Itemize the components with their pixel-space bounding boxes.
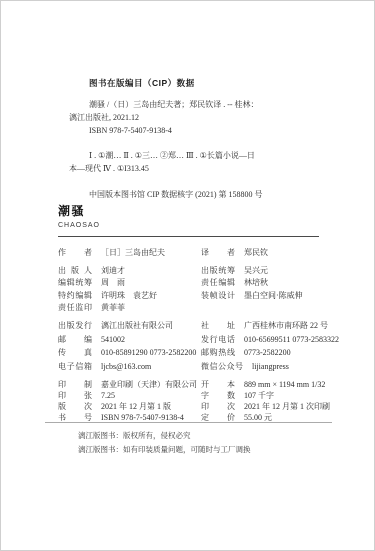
publisher-label: 邮编 — [58, 333, 92, 347]
credit-value: 墨白空间·陈威伸 — [244, 290, 303, 303]
credit-label: 出版统筹 — [201, 265, 235, 278]
credit-publisher-person: 出版人 刘迪才 — [58, 265, 201, 278]
credit-editorial-coordinator: 编辑统筹 周 雨 — [58, 277, 201, 290]
wechat-account-row: 微信公众号 lijiangpress — [201, 360, 358, 374]
credit-label: 装帧设计 — [201, 290, 235, 303]
word-count-row: 字数 107 千字 — [201, 390, 358, 401]
credit-value: 林培秋 — [244, 277, 268, 290]
publisher-name-row: 出版发行 漓江出版社有限公司 — [58, 319, 201, 333]
credit-design: 装帧设计 墨白空间·陈威伸 — [201, 290, 348, 303]
credit-publishing-coordinator: 出版统筹 吴兴元 — [201, 265, 348, 278]
publisher-value: 漓江出版社有限公司 — [101, 319, 173, 333]
publisher-label: 微信公众号 — [201, 360, 243, 374]
quality-exchange-notice: 漓江版图书：如有印装质量问题，可随时与工厂调换 — [78, 443, 338, 457]
cip-classification: Ⅰ . ①潮… Ⅱ . ①三… ②郑… Ⅲ . ①长篇小说—日 本—现代 Ⅳ .… — [69, 149, 321, 175]
cip-entry: 潮骚 /（日）三岛由纪夫著；郑民钦译 . -- 桂林： 漓江出版社, 2021.… — [69, 98, 321, 137]
sales-phone-row: 发行电话 010-65699511 0773-2583322 — [201, 333, 358, 347]
credit-value: 郑民钦 — [244, 247, 268, 260]
print-label: 开本 — [201, 379, 235, 390]
credits-rows: 出版人 刘迪才 出版统筹 吴兴元 编辑统筹 周 雨 责任编辑 林培秋 特约编辑 … — [58, 265, 348, 315]
cip-entry-line: 潮骚 /（日）三岛由纪夫著；郑民钦译 . -- 桂林： — [89, 98, 321, 111]
credit-label: 编辑统筹 — [58, 277, 92, 290]
credit-empty-cell — [201, 302, 348, 315]
edition-row: 版次 2021 年 12 月第 1 版 — [58, 401, 201, 412]
publisher-value: lijiangpress — [252, 360, 289, 374]
title-section: 潮骚 CHAOSAO — [58, 202, 319, 237]
publisher-value: 0773-2582200 — [244, 346, 291, 360]
credit-label: 特约编辑 — [58, 290, 92, 303]
mail-order-hotline-row: 邮购热线 0773-2582200 — [201, 346, 358, 360]
publisher-rows: 出版发行 漓江出版社有限公司 社址 广西桂林市南环路 22 号 邮编 54100… — [58, 319, 358, 373]
credit-value: 吴兴元 — [244, 265, 268, 278]
cip-class-line: 本—现代 Ⅳ . ①I313.45 — [69, 162, 321, 175]
credit-value: 许明珠 袁艺好 — [101, 290, 157, 303]
publisher-label: 发行电话 — [201, 333, 235, 347]
bottom-divider — [45, 422, 332, 423]
publisher-section: 出版发行 漓江出版社有限公司 社址 广西桂林市南环路 22 号 邮编 54100… — [58, 319, 358, 373]
print-value: 7.25 — [101, 390, 115, 401]
credit-label: 责任监印 — [58, 302, 92, 315]
credit-author: 作者 ［日］三岛由纪夫 — [58, 247, 201, 260]
format-row: 开本 889 mm × 1194 mm 1/32 — [201, 379, 358, 390]
credit-label: 作者 — [58, 247, 92, 260]
copyright-notice: 漓江版图书：版权所有，侵权必究 — [78, 429, 338, 443]
credit-value: 周 雨 — [101, 277, 125, 290]
cip-entry-line: ISBN 978-7-5407-9138-4 — [89, 124, 321, 137]
print-rows: 印制 嘉业印刷（天津）有限公司 开本 889 mm × 1194 mm 1/32… — [58, 379, 358, 423]
cip-section: 图书在版编目（CIP）数据 潮骚 /（日）三岛由纪夫著；郑民钦译 . -- 桂林… — [69, 77, 321, 201]
print-label: 印制 — [58, 379, 92, 390]
postal-code-row: 邮编 541002 — [58, 333, 201, 347]
print-section: 印制 嘉业印刷（天津）有限公司 开本 889 mm × 1194 mm 1/32… — [58, 379, 358, 423]
credit-value: ［日］三岛由纪夫 — [101, 247, 165, 260]
credit-responsible-editor: 责任编辑 林培秋 — [201, 277, 348, 290]
cip-header: 图书在版编目（CIP）数据 — [89, 77, 321, 89]
publisher-label: 电子信箱 — [58, 360, 92, 374]
fax-row: 传真 010-85891290 0773-2582200 — [58, 346, 201, 360]
credit-label: 译者 — [201, 247, 235, 260]
publisher-value: 541002 — [101, 333, 125, 347]
credit-translator: 译者 郑民钦 — [201, 247, 348, 260]
cip-entry-line: 漓江出版社, 2021.12 — [69, 111, 321, 124]
sheets-row: 印张 7.25 — [58, 390, 201, 401]
cip-class-line: Ⅰ . ①潮… Ⅱ . ①三… ②郑… Ⅲ . ①长篇小说—日 — [89, 149, 321, 162]
publisher-value: 010-65699511 0773-2583322 — [244, 333, 339, 347]
print-value: 107 千字 — [244, 390, 274, 401]
print-value: 889 mm × 1194 mm 1/32 — [244, 379, 325, 390]
title-divider — [58, 236, 319, 237]
notices-section: 漓江版图书：版权所有，侵权必究 漓江版图书：如有印装质量问题，可随时与工厂调换 — [78, 429, 338, 457]
book-title: 潮骚 — [58, 202, 319, 219]
email-row: 电子信箱 ljcbs@163.com — [58, 360, 201, 374]
publisher-label: 邮购热线 — [201, 346, 235, 360]
impression-row: 印次 2021 年 12 月第 1 次印刷 — [201, 401, 358, 412]
print-label: 版次 — [58, 401, 92, 412]
print-value: 嘉业印刷（天津）有限公司 — [101, 379, 197, 390]
printer-row: 印制 嘉业印刷（天津）有限公司 — [58, 379, 201, 390]
print-label: 字数 — [201, 390, 235, 401]
book-title-romanized: CHAOSAO — [58, 222, 319, 229]
print-label: 印张 — [58, 390, 92, 401]
publisher-label: 传真 — [58, 346, 92, 360]
cip-record-number: 中国版本图书馆 CIP 数据核字 (2021) 第 158800 号 — [89, 188, 321, 201]
colophon-page: 图书在版编目（CIP）数据 潮骚 /（日）三岛由纪夫著；郑民钦译 . -- 桂林… — [0, 0, 375, 551]
credit-print-supervisor: 责任监印 黄菲菲 — [58, 302, 201, 315]
print-value: 2021 年 12 月第 1 版 — [101, 401, 171, 412]
publisher-label: 出版发行 — [58, 319, 92, 333]
publisher-value: 广西桂林市南环路 22 号 — [244, 319, 328, 333]
credit-contributing-editor: 特约编辑 许明珠 袁艺好 — [58, 290, 201, 303]
credit-label: 责任编辑 — [201, 277, 235, 290]
publisher-value: ljcbs@163.com — [101, 360, 151, 374]
credit-value: 黄菲菲 — [101, 302, 125, 315]
credits-row-author: 作者 ［日］三岛由纪夫 译者 郑民钦 — [58, 247, 348, 260]
print-value: 2021 年 12 月第 1 次印刷 — [244, 401, 330, 412]
credit-label: 出版人 — [58, 265, 92, 278]
publisher-address-row: 社址 广西桂林市南环路 22 号 — [201, 319, 358, 333]
publisher-label: 社址 — [201, 319, 235, 333]
print-label: 印次 — [201, 401, 235, 412]
publisher-value: 010-85891290 0773-2582200 — [101, 346, 196, 360]
credit-value: 刘迪才 — [101, 265, 125, 278]
credits-section: 作者 ［日］三岛由纪夫 译者 郑民钦 出版人 刘迪才 出版统筹 吴兴元 编辑统筹… — [58, 247, 348, 315]
